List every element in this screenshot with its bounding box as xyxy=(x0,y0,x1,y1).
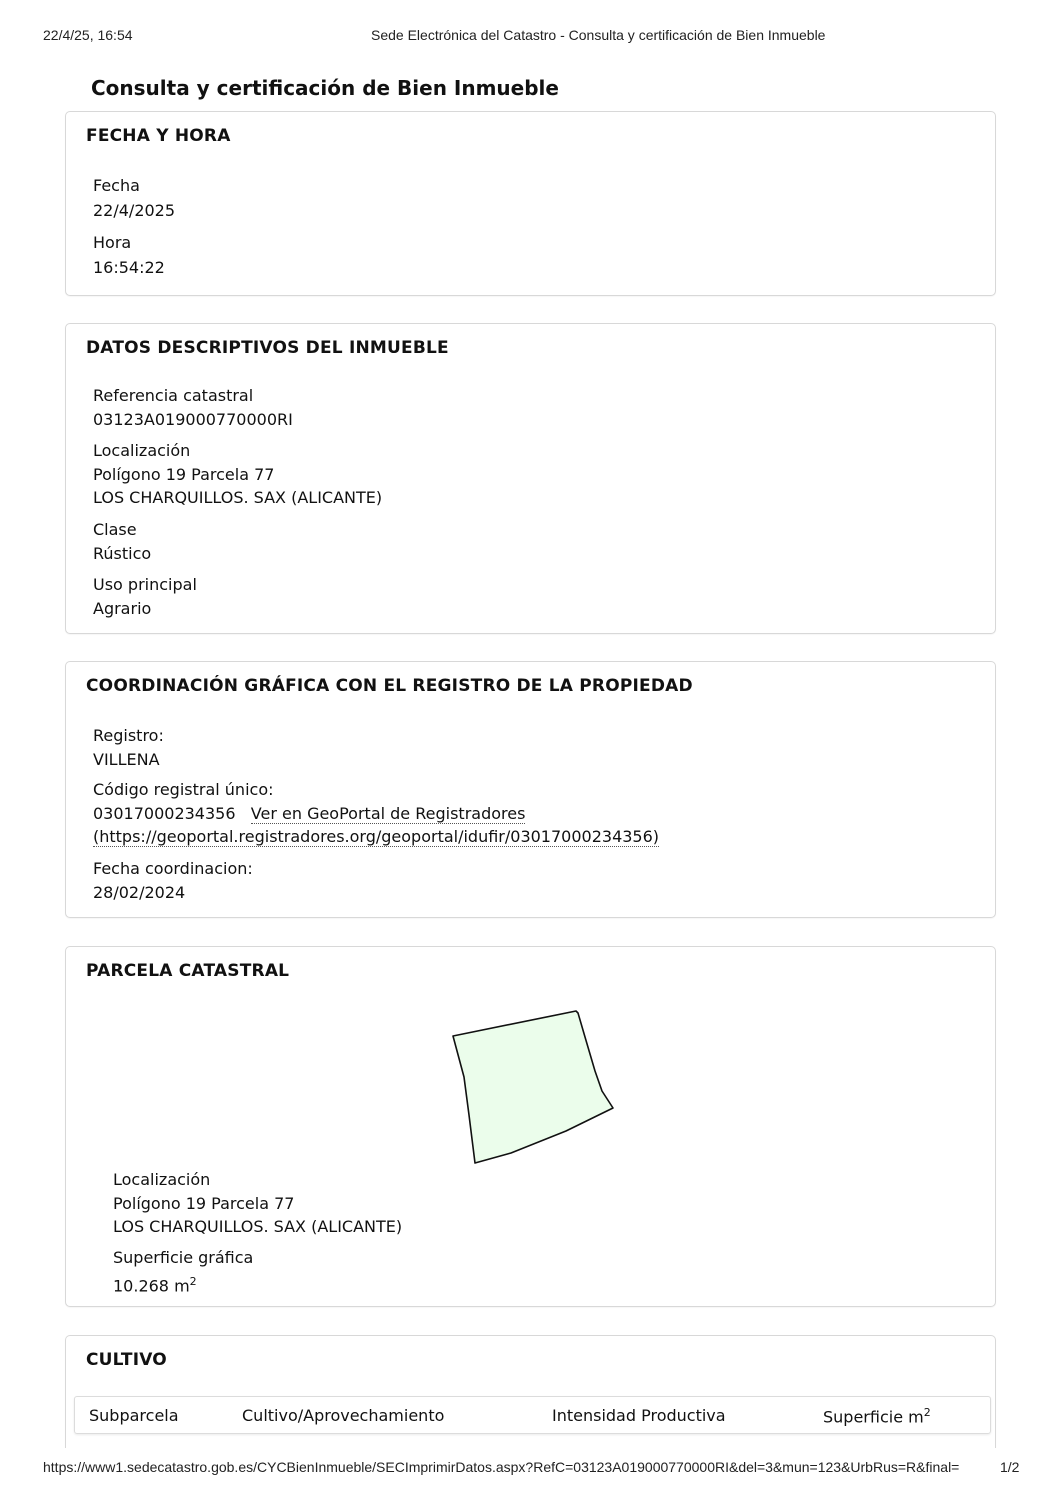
parcela-localizacion-line2: LOS CHARQUILLOS. SAX (ALICANTE) xyxy=(113,1215,402,1238)
field-registro: Registro: VILLENA xyxy=(93,724,164,771)
cultivo-table-header: Subparcela Cultivo/Aprovechamiento Inten… xyxy=(74,1396,991,1434)
parcela-localizacion-label: Localización xyxy=(113,1168,402,1191)
fecha-label: Fecha xyxy=(93,174,175,197)
section-heading-datos-descriptivos: DATOS DESCRIPTIVOS DEL INMUEBLE xyxy=(86,338,449,358)
codigo-label: Código registral único: xyxy=(93,778,659,801)
codigo-value: 03017000234356 xyxy=(93,804,236,823)
field-referencia: Referencia catastral 03123A019000770000R… xyxy=(93,384,293,431)
superficie-value: 10.268 m xyxy=(113,1276,190,1295)
column-header-superficie-text: Superficie m xyxy=(823,1407,924,1426)
print-header: 22/4/25, 16:54 Sede Electrónica del Cata… xyxy=(0,27,1060,47)
codigo-row: 03017000234356 Ver en GeoPortal de Regis… xyxy=(93,802,659,825)
column-header-subparcela: Subparcela xyxy=(89,1406,179,1425)
geoportal-link[interactable]: Ver en GeoPortal de Registradores xyxy=(251,804,526,824)
field-fecha: Fecha 22/4/2025 xyxy=(93,174,175,222)
superficie-label: Superficie gráfica xyxy=(113,1246,253,1269)
field-codigo: Código registral único: 03017000234356 V… xyxy=(93,778,659,848)
parcel-shape xyxy=(453,1011,613,1163)
localizacion-label: Localización xyxy=(93,439,382,462)
field-localizacion: Localización Polígono 19 Parcela 77 LOS … xyxy=(93,439,382,509)
field-hora: Hora 16:54:22 xyxy=(93,231,165,279)
superficie-unit-sup: 2 xyxy=(190,1275,197,1288)
registro-label: Registro: xyxy=(93,724,164,747)
hora-value: 16:54:22 xyxy=(93,256,165,279)
card-fecha-hora: FECHA Y HORA Fecha 22/4/2025 Hora 16:54:… xyxy=(65,111,996,296)
referencia-value: 03123A019000770000RI xyxy=(93,408,293,431)
field-parcela-localizacion: Localización Polígono 19 Parcela 77 LOS … xyxy=(113,1168,402,1238)
column-header-superficie-sup: 2 xyxy=(924,1406,931,1419)
fecha-value: 22/4/2025 xyxy=(93,199,175,222)
uso-value: Agrario xyxy=(93,597,197,620)
card-coordinacion: COORDINACIÓN GRÁFICA CON EL REGISTRO DE … xyxy=(65,661,996,918)
column-header-intensidad: Intensidad Productiva xyxy=(552,1406,726,1425)
section-heading-cultivo: CULTIVO xyxy=(86,1350,167,1370)
fecha-coordinacion-value: 28/02/2024 xyxy=(93,881,253,904)
page-title: Consulta y certificación de Bien Inmuebl… xyxy=(91,76,559,100)
column-header-cultivo: Cultivo/Aprovechamiento xyxy=(242,1406,444,1425)
section-heading-fecha-hora: FECHA Y HORA xyxy=(86,126,231,146)
clase-value: Rústico xyxy=(93,542,151,565)
geoportal-link-url-row: (https://geoportal.registradores.org/geo… xyxy=(93,825,659,848)
superficie-value-row: 10.268 m2 xyxy=(113,1270,253,1297)
section-heading-coordinacion: COORDINACIÓN GRÁFICA CON EL REGISTRO DE … xyxy=(86,676,693,696)
clase-label: Clase xyxy=(93,518,151,541)
column-header-superficie: Superficie m2 xyxy=(823,1406,931,1426)
parcela-localizacion-line1: Polígono 19 Parcela 77 xyxy=(113,1192,402,1215)
referencia-label: Referencia catastral xyxy=(93,384,293,407)
registro-value: VILLENA xyxy=(93,748,164,771)
card-parcela: PARCELA CATASTRAL Localización Polígono … xyxy=(65,946,996,1307)
localizacion-line1: Polígono 19 Parcela 77 xyxy=(93,463,382,486)
field-uso: Uso principal Agrario xyxy=(93,573,197,620)
print-datetime: 22/4/25, 16:54 xyxy=(43,27,133,43)
fecha-coordinacion-label: Fecha coordinacion: xyxy=(93,857,253,880)
field-superficie: Superficie gráfica 10.268 m2 xyxy=(113,1246,253,1297)
print-document-title: Sede Electrónica del Catastro - Consulta… xyxy=(371,27,825,43)
field-clase: Clase Rústico xyxy=(93,518,151,565)
field-fecha-coordinacion: Fecha coordinacion: 28/02/2024 xyxy=(93,857,253,904)
uso-label: Uso principal xyxy=(93,573,197,596)
print-footer-url: https://www1.sedecatastro.gob.es/CYCBien… xyxy=(43,1459,959,1475)
print-footer-page: 1/2 xyxy=(1000,1459,1019,1475)
localizacion-line2: LOS CHARQUILLOS. SAX (ALICANTE) xyxy=(93,486,382,509)
hora-label: Hora xyxy=(93,231,165,254)
card-datos-descriptivos: DATOS DESCRIPTIVOS DEL INMUEBLE Referenc… xyxy=(65,323,996,634)
geoportal-link-url[interactable]: (https://geoportal.registradores.org/geo… xyxy=(93,827,659,847)
